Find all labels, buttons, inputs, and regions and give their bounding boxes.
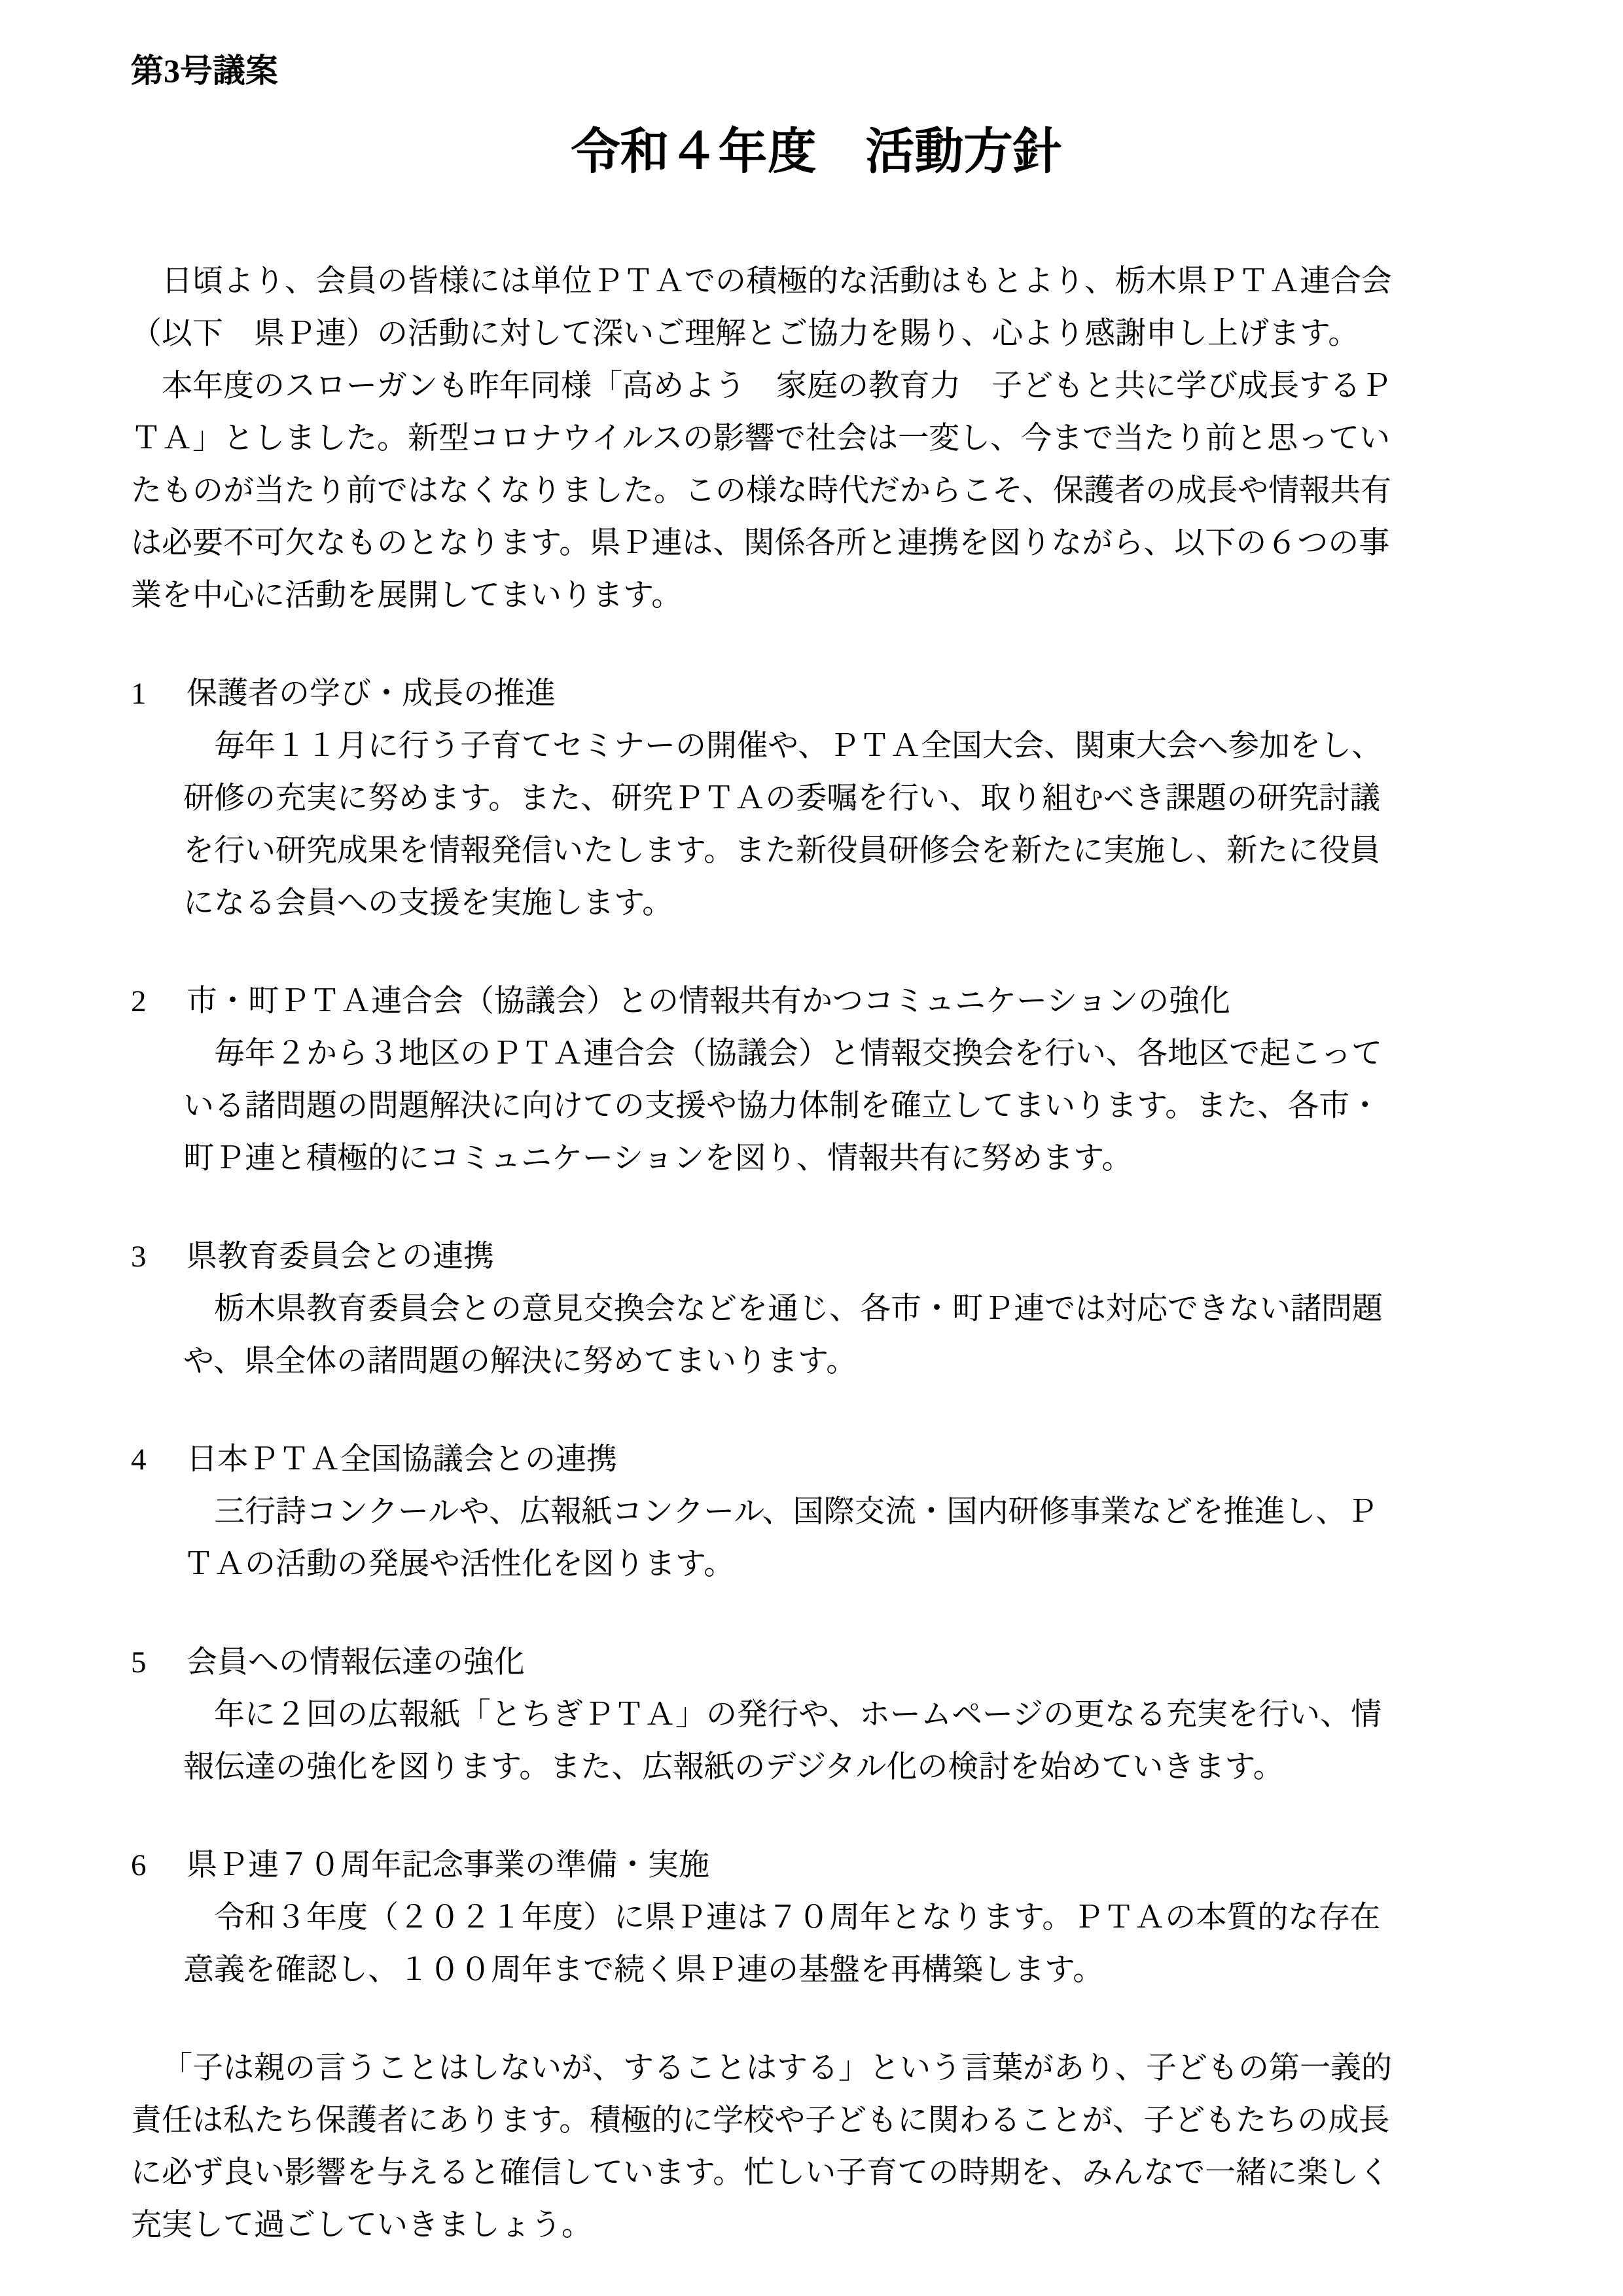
closing-paragraph: 「子は親の言うことはしないが、することはする」という言葉があり、子どもの第一義的…	[131, 2042, 1502, 2251]
item-number: 1	[131, 668, 187, 720]
activity-item-4: 4日本ＰＴＡ全国協議会との連携 三行詩コンクールや、広報紙コンクール、国際交流・…	[131, 1433, 1502, 1590]
intro-section: 日頃より、会員の皆様には単位ＰＴＡでの積極的な活動はもとより、栃木県ＰＴＡ連合会…	[131, 255, 1502, 622]
item-number: 4	[131, 1433, 187, 1486]
item-body: 三行詩コンクールや、広報紙コンクール、国際交流・国内研修事業などを推進し、Ｐ Ｔ…	[183, 1486, 1502, 1590]
activity-item-5: 5会員への情報伝達の強化 年に２回の広報紙「とちぎＰＴＡ」の発行や、ホームページ…	[131, 1636, 1502, 1793]
item-heading: 4日本ＰＴＡ全国協議会との連携	[131, 1433, 1502, 1486]
item-heading: 5会員への情報伝達の強化	[131, 1636, 1502, 1689]
activity-item-2: 2市・町ＰＴＡ連合会（協議会）との情報共有かつコミュニケーションの強化 毎年２か…	[131, 975, 1502, 1185]
document-page: { "page": { "label": "第3号議案", "title": "…	[0, 0, 1623, 2296]
item-heading: 3県教育委員会との連携	[131, 1230, 1502, 1283]
activity-item-3: 3県教育委員会との連携 栃木県教育委員会との意見交換会などを通じ、各市・町Ｐ連で…	[131, 1230, 1502, 1388]
intro-paragraph-2: 本年度のスローガンも昨年同様「高めよう 家庭の教育力 子どもと共に学び成長するＰ…	[131, 360, 1502, 622]
item-number: 2	[131, 975, 187, 1028]
item-number: 6	[131, 1839, 187, 1892]
activity-item-1: 1保護者の学び・成長の推進 毎年１１月に行う子育てセミナーの開催や、ＰＴＡ全国大…	[131, 668, 1502, 929]
item-heading: 6県Ｐ連７０周年記念事業の準備・実施	[131, 1839, 1502, 1892]
item-body: 年に２回の広報紙「とちぎＰＴＡ」の発行や、ホームページの更なる充実を行い、情 報…	[183, 1689, 1502, 1793]
item-body: 令和３年度（２０２１年度）に県Ｐ連は７０周年となります。ＰＴＡの本質的な存在 意…	[183, 1892, 1502, 1996]
page-title: 令和４年度 活動方針	[131, 123, 1502, 182]
item-title: 会員への情報伝達の強化	[187, 1645, 525, 1679]
item-number: 3	[131, 1230, 187, 1283]
item-number: 5	[131, 1636, 187, 1689]
item-title: 県Ｐ連７０周年記念事業の準備・実施	[187, 1848, 709, 1882]
item-title: 県教育委員会との連携	[187, 1240, 494, 1274]
item-title: 日本ＰＴＡ全国協議会との連携	[187, 1443, 617, 1477]
item-heading: 1保護者の学び・成長の推進	[131, 668, 1502, 720]
intro-paragraph-1: 日頃より、会員の皆様には単位ＰＴＡでの積極的な活動はもとより、栃木県ＰＴＡ連合会…	[131, 255, 1502, 360]
item-body: 栃木県教育委員会との意見交換会などを通じ、各市・町Ｐ連では対応できない諸問題 や…	[183, 1283, 1502, 1388]
activity-item-6: 6県Ｐ連７０周年記念事業の準備・実施 令和３年度（２０２１年度）に県Ｐ連は７０周…	[131, 1839, 1502, 1996]
item-body: 毎年２から３地区のＰＴＡ連合会（協議会）と情報交換会を行い、各地区で起こって い…	[183, 1028, 1502, 1185]
doc-label: 第3号議案	[131, 51, 1502, 90]
item-title: 市・町ＰＴＡ連合会（協議会）との情報共有かつコミュニケーションの強化	[187, 984, 1230, 1018]
item-body: 毎年１１月に行う子育てセミナーの開催や、ＰＴＡ全国大会、関東大会へ参加をし、 研…	[183, 720, 1502, 929]
item-title: 保護者の学び・成長の推進	[187, 677, 556, 711]
item-heading: 2市・町ＰＴＡ連合会（協議会）との情報共有かつコミュニケーションの強化	[131, 975, 1502, 1028]
